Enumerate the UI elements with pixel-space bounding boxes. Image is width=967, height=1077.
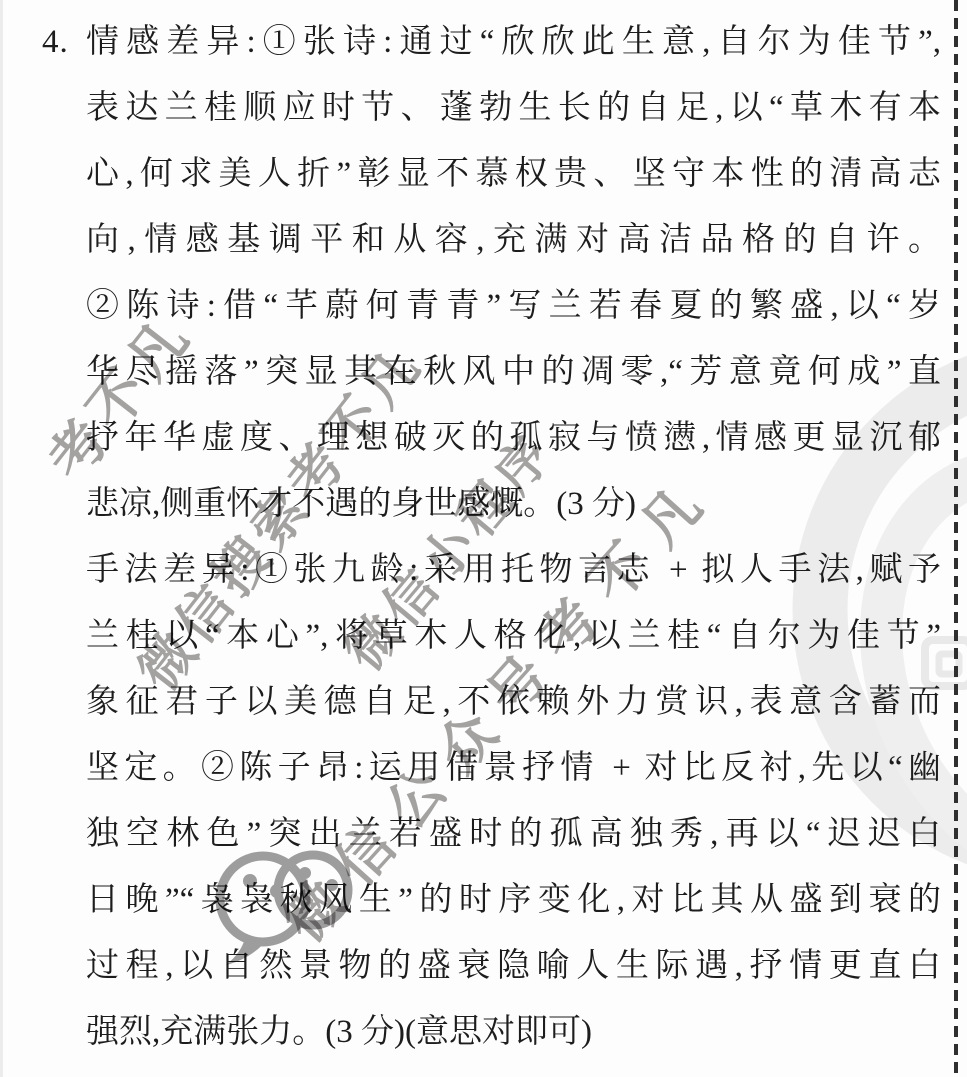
- answer-line-9: 手法差异:①张九龄:采用托物言志 + 拟人手法,赋予: [86, 537, 941, 603]
- answer-line-11: 象征君子以美德自足,不依赖外力赏识,表意含蓄而: [86, 669, 941, 735]
- answer-line-7: 抒年华虚度、理想破灭的孤寂与愤懑,情感更显沉郁: [86, 405, 941, 471]
- answer-line-3: 心,何求美人折”彰显不慕权贵、坚守本性的清高志: [86, 141, 941, 207]
- wechat-chat-bubbles-mascot-icon: [210, 843, 355, 968]
- answer-line-text: 情感差异:①张诗:通过“欣欣此生意,自尔为佳节”,: [86, 24, 941, 60]
- answer-line-10: 兰桂以“本心”,将草木人格化,以兰桂“自尔为佳节”: [86, 603, 941, 669]
- scanned-answer-page: 考不凡 微信搜索考不凡 微信小程序 微信公众号考不凡 4. 情感差异:①张诗:通…: [0, 0, 967, 1077]
- answer-line-8: 悲凉,侧重怀才不遇的身世感慨。(3 分): [86, 471, 941, 537]
- answer-line-2: 表达兰桂顺应时节、蓬勃生长的自足,以“草木有本: [86, 75, 941, 141]
- right-dashed-divider: [954, 0, 958, 1077]
- answer-line-6: 华尽摇落”突显其在秋风中的凋零,“芳意竟何成”直: [86, 339, 941, 405]
- answer-text-block: 4. 情感差异:①张诗:通过“欣欣此生意,自尔为佳节”, 表达兰桂顺应时节、蓬勃…: [0, 0, 967, 1065]
- answer-line-5: ②陈诗:借“芊蔚何青青”写兰若春夏的繁盛,以“岁: [86, 273, 941, 339]
- answer-line-16: 强烈,充满张力。(3 分)(意思对即可): [86, 999, 941, 1065]
- answer-line-4: 向,情感基调平和从容,充满对高洁品格的自许。: [86, 207, 941, 273]
- answer-line-1: 4. 情感差异:①张诗:通过“欣欣此生意,自尔为佳节”,: [86, 9, 941, 75]
- item-number: 4.: [42, 9, 69, 75]
- answer-line-12: 坚定。②陈子昂:运用借景抒情 + 对比反衬,先以“幽: [86, 735, 941, 801]
